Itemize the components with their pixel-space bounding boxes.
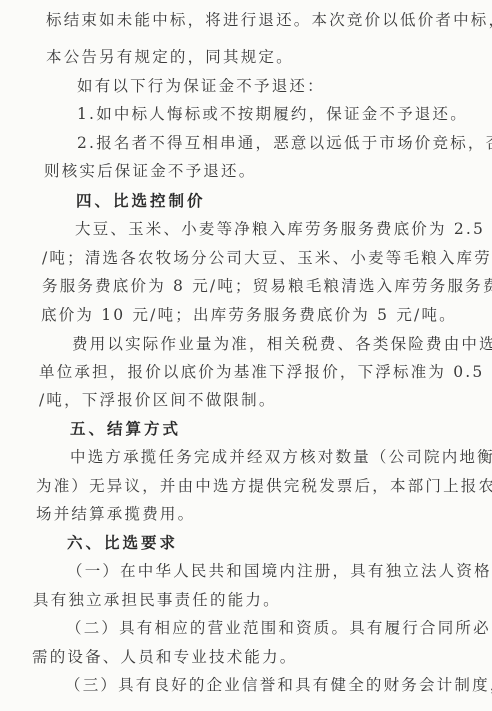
text-line: 单位承担，报价以底价为基准下浮报价，下浮标准为 0.5 元 [39,362,492,382]
section-heading-4: 四、比选控制价 [76,191,206,211]
text-line: 为准）无异议，并由中选方提供完税发票后，本部门上报农 [36,476,492,496]
text-line: 需的设备、人员和专业技术能力。 [32,647,298,667]
text-line: 大豆、玉米、小麦等净粮入库劳务服务费底价为 2.5 元 [75,219,492,239]
text-line: 标结束如未能中标，将进行退还。本次竞价以低价者中标， [46,10,492,30]
text-line: （一）在中华人民共和国境内注册，具有独立法人资格， [67,561,492,581]
text-line: 场并结算承揽费用。 [36,504,195,524]
text-line: 务服务费底价为 8 元/吨；贸易粮毛粮清选入库劳务服务费 [42,276,492,296]
text-line: 如有以下行为保证金不予退还： [77,76,325,96]
text-line: /吨；清选各农牧场分公司大豆、玉米、小麦等毛粮入库劳 [42,248,492,268]
section-heading-5: 五、结算方式 [70,419,181,439]
text-line: 本公告另有规定的，同其规定。 [46,47,294,67]
text-line: 则核实后保证金不予退还。 [44,161,256,181]
section-heading-6: 六、比选要求 [67,533,178,553]
text-line: 具有独立承担民事责任的能力。 [33,590,281,610]
text-line: 中选方承揽任务完成并经双方核对数量（公司院内地衡 [70,447,492,467]
text-line: 1.如中标人悔标或不按期履约，保证金不予退还。 [77,104,468,124]
document-page: 标结束如未能中标，将进行退还。本次竞价以低价者中标， 本公告另有规定的，同其规定… [0,0,492,711]
text-line: 费用以实际作业量为准，相关税费、各类保险费由中选 [72,334,492,354]
text-line: /吨，下浮报价区间不做限制。 [39,390,277,410]
text-line: （三）具有良好的企业信誉和具有健全的财务会计制度， [65,675,492,695]
text-line: 底价为 10 元/吨；出库劳务服务费底价为 5 元/吨。 [41,305,457,325]
text-line: （二）具有相应的营业范围和资质。具有履行合同所必 [66,618,491,638]
text-line: 2.报名者不得互相串通，恶意以远低于市场价竞标，否 [77,133,492,153]
